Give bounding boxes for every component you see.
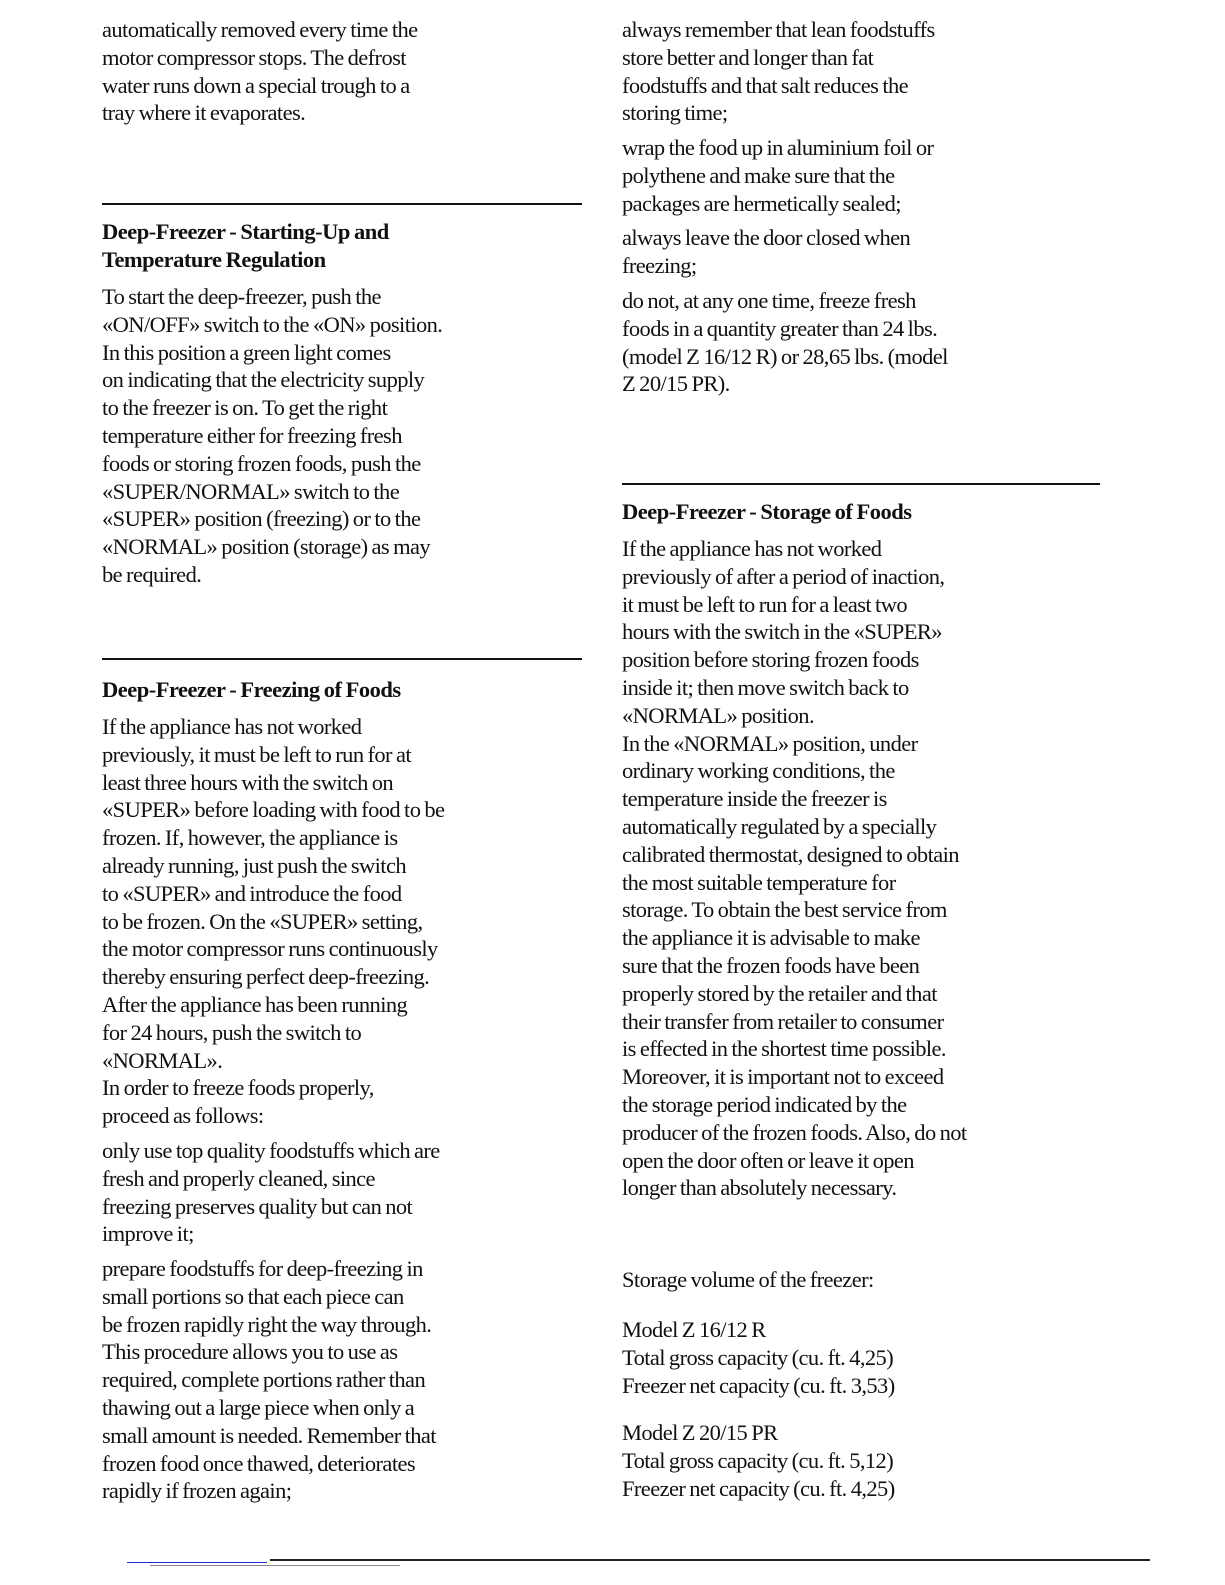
- text-line: «NORMAL» position (storage) as may: [102, 533, 442, 561]
- text-line: proceed as follows:: [102, 1102, 444, 1130]
- model-spec: Model Z 16/12 R Total gross capacity (cu…: [622, 1316, 895, 1399]
- text-line: (model Z 16/12 R) or 28,65 lbs. (model: [622, 343, 948, 371]
- text-line: least three hours with the switch on: [102, 769, 444, 797]
- text-line: properly stored by the retailer and that: [622, 980, 967, 1008]
- intro-paragraph: automatically removed every time the mot…: [102, 16, 418, 127]
- text-line: the storage period indicated by the: [622, 1091, 967, 1119]
- text-line: wrap the food up in aluminium foil or: [622, 134, 933, 162]
- text-line: to the freezer is on. To get the right: [102, 394, 442, 422]
- text-line: tray where it evaporates.: [102, 99, 418, 127]
- text-line: calibrated thermostat, designed to obtai…: [622, 841, 967, 869]
- footer-rule-blue: [127, 1562, 267, 1563]
- text-line: always leave the door closed when: [622, 224, 910, 252]
- section-divider: [102, 203, 582, 205]
- footer-rule-gray: [150, 1565, 400, 1566]
- text-line: freezing;: [622, 252, 910, 280]
- text-line: automatically removed every time the: [102, 16, 418, 44]
- text-line: frozen food once thawed, deteriorates: [102, 1450, 436, 1478]
- heading-line: Temperature Regulation: [102, 246, 389, 274]
- text-line: packages are hermetically sealed;: [622, 190, 933, 218]
- list-item: wrap the food up in aluminium foil or po…: [622, 134, 933, 217]
- text-line: To start the deep-freezer, push the: [102, 283, 442, 311]
- text-line: improve it;: [102, 1220, 440, 1248]
- section-divider: [622, 483, 1100, 485]
- text-line: storing time;: [622, 99, 935, 127]
- text-line: position before storing frozen foods: [622, 646, 967, 674]
- text-line: Moreover, it is important not to exceed: [622, 1063, 967, 1091]
- text-line: Z 20/15 PR).: [622, 370, 948, 398]
- text-line: frozen. If, however, the appliance is: [102, 824, 444, 852]
- text-line: is effected in the shortest time possibl…: [622, 1035, 967, 1063]
- text-line: small portions so that each piece can: [102, 1283, 436, 1311]
- text-line: This procedure allows you to use as: [102, 1338, 436, 1366]
- text-line: In the «NORMAL» position, under: [622, 730, 967, 758]
- text-line: longer than absolutely necessary.: [622, 1174, 967, 1202]
- text-line: already running, just push the switch: [102, 852, 444, 880]
- text-line: open the door often or leave it open: [622, 1147, 967, 1175]
- heading-line: Deep-Freezer - Starting-Up and: [102, 218, 389, 246]
- storage-volume-title: Storage volume of the freezer:: [622, 1266, 874, 1294]
- text-line: temperature either for freezing fresh: [102, 422, 442, 450]
- net-capacity: Freezer net capacity (cu. ft. 4,25): [622, 1475, 895, 1503]
- footer-rule: [270, 1559, 1150, 1561]
- text-line: «SUPER» before loading with food to be: [102, 796, 444, 824]
- section-body: To start the deep-freezer, push the «ON/…: [102, 283, 442, 589]
- gross-capacity: Total gross capacity (cu. ft. 4,25): [622, 1344, 895, 1372]
- text-line: Storage volume of the freezer:: [622, 1266, 874, 1294]
- heading-line: Deep-Freezer - Freezing of Foods: [102, 676, 401, 704]
- section-body: If the appliance has not worked previous…: [622, 535, 967, 1202]
- section-heading: Deep-Freezer - Starting-Up and Temperatu…: [102, 218, 389, 274]
- model-name: Model Z 20/15 PR: [622, 1419, 895, 1447]
- text-line: previously, it must be left to run for a…: [102, 741, 444, 769]
- net-capacity: Freezer net capacity (cu. ft. 3,53): [622, 1372, 895, 1400]
- list-item: do not, at any one time, freeze fresh fo…: [622, 287, 948, 398]
- text-line: it must be left to run for a least two: [622, 591, 967, 619]
- text-line: «SUPER/NORMAL» switch to the: [102, 478, 442, 506]
- text-line: required, complete portions rather than: [102, 1366, 436, 1394]
- text-line: In order to freeze foods properly,: [102, 1074, 444, 1102]
- text-line: «NORMAL».: [102, 1047, 444, 1075]
- list-item: only use top quality foodstuffs which ar…: [102, 1137, 440, 1248]
- text-line: the most suitable temperature for: [622, 869, 967, 897]
- text-line: small amount is needed. Remember that: [102, 1422, 436, 1450]
- text-line: the motor compressor runs continuously: [102, 935, 444, 963]
- text-line: be required.: [102, 561, 442, 589]
- text-line: If the appliance has not worked: [102, 713, 444, 741]
- section-body: If the appliance has not worked previous…: [102, 713, 444, 1130]
- text-line: the appliance it is advisable to make: [622, 924, 967, 952]
- text-line: After the appliance has been running: [102, 991, 444, 1019]
- section-divider: [102, 658, 582, 660]
- text-line: foods or storing frozen foods, push the: [102, 450, 442, 478]
- text-line: prepare foodstuffs for deep-freezing in: [102, 1255, 436, 1283]
- text-line: inside it; then move switch back to: [622, 674, 967, 702]
- text-line: store better and longer than fat: [622, 44, 935, 72]
- text-line: water runs down a special trough to a: [102, 72, 418, 100]
- list-item: prepare foodstuffs for deep-freezing in …: [102, 1255, 436, 1505]
- text-line: temperature inside the freezer is: [622, 785, 967, 813]
- section-heading: Deep-Freezer - Freezing of Foods: [102, 676, 401, 704]
- text-line: freezing preserves quality but can not: [102, 1193, 440, 1221]
- list-item: always remember that lean foodstuffs sto…: [622, 16, 935, 127]
- text-line: ordinary working conditions, the: [622, 757, 967, 785]
- text-line: fresh and properly cleaned, since: [102, 1165, 440, 1193]
- text-line: to «SUPER» and introduce the food: [102, 880, 444, 908]
- text-line: «SUPER» position (freezing) or to the: [102, 505, 442, 533]
- text-line: thereby ensuring perfect deep-freezing.: [102, 963, 444, 991]
- text-line: only use top quality foodstuffs which ar…: [102, 1137, 440, 1165]
- text-line: motor compressor stops. The defrost: [102, 44, 418, 72]
- text-line: «NORMAL» position.: [622, 702, 967, 730]
- text-line: sure that the frozen foods have been: [622, 952, 967, 980]
- text-line: do not, at any one time, freeze fresh: [622, 287, 948, 315]
- text-line: for 24 hours, push the switch to: [102, 1019, 444, 1047]
- model-spec: Model Z 20/15 PR Total gross capacity (c…: [622, 1419, 895, 1502]
- gross-capacity: Total gross capacity (cu. ft. 5,12): [622, 1447, 895, 1475]
- text-line: rapidly if frozen again;: [102, 1477, 436, 1505]
- section-heading: Deep-Freezer - Storage of Foods: [622, 498, 912, 526]
- text-line: on indicating that the electricity suppl…: [102, 366, 442, 394]
- text-line: thawing out a large piece when only a: [102, 1394, 436, 1422]
- model-name: Model Z 16/12 R: [622, 1316, 895, 1344]
- text-line: hours with the switch in the «SUPER»: [622, 618, 967, 646]
- text-line: «ON/OFF» switch to the «ON» position.: [102, 311, 442, 339]
- text-line: automatically regulated by a specially: [622, 813, 967, 841]
- text-line: previously of after a period of inaction…: [622, 563, 967, 591]
- text-line: producer of the frozen foods. Also, do n…: [622, 1119, 967, 1147]
- text-line: If the appliance has not worked: [622, 535, 967, 563]
- text-line: to be frozen. On the «SUPER» setting,: [102, 908, 444, 936]
- text-line: foods in a quantity greater than 24 lbs.: [622, 315, 948, 343]
- text-line: polythene and make sure that the: [622, 162, 933, 190]
- heading-line: Deep-Freezer - Storage of Foods: [622, 498, 912, 526]
- text-line: In this position a green light comes: [102, 339, 442, 367]
- text-line: always remember that lean foodstuffs: [622, 16, 935, 44]
- text-line: their transfer from retailer to consumer: [622, 1008, 967, 1036]
- text-line: storage. To obtain the best service from: [622, 896, 967, 924]
- text-line: be frozen rapidly right the way through.: [102, 1311, 436, 1339]
- text-line: foodstuffs and that salt reduces the: [622, 72, 935, 100]
- list-item: always leave the door closed when freezi…: [622, 224, 910, 280]
